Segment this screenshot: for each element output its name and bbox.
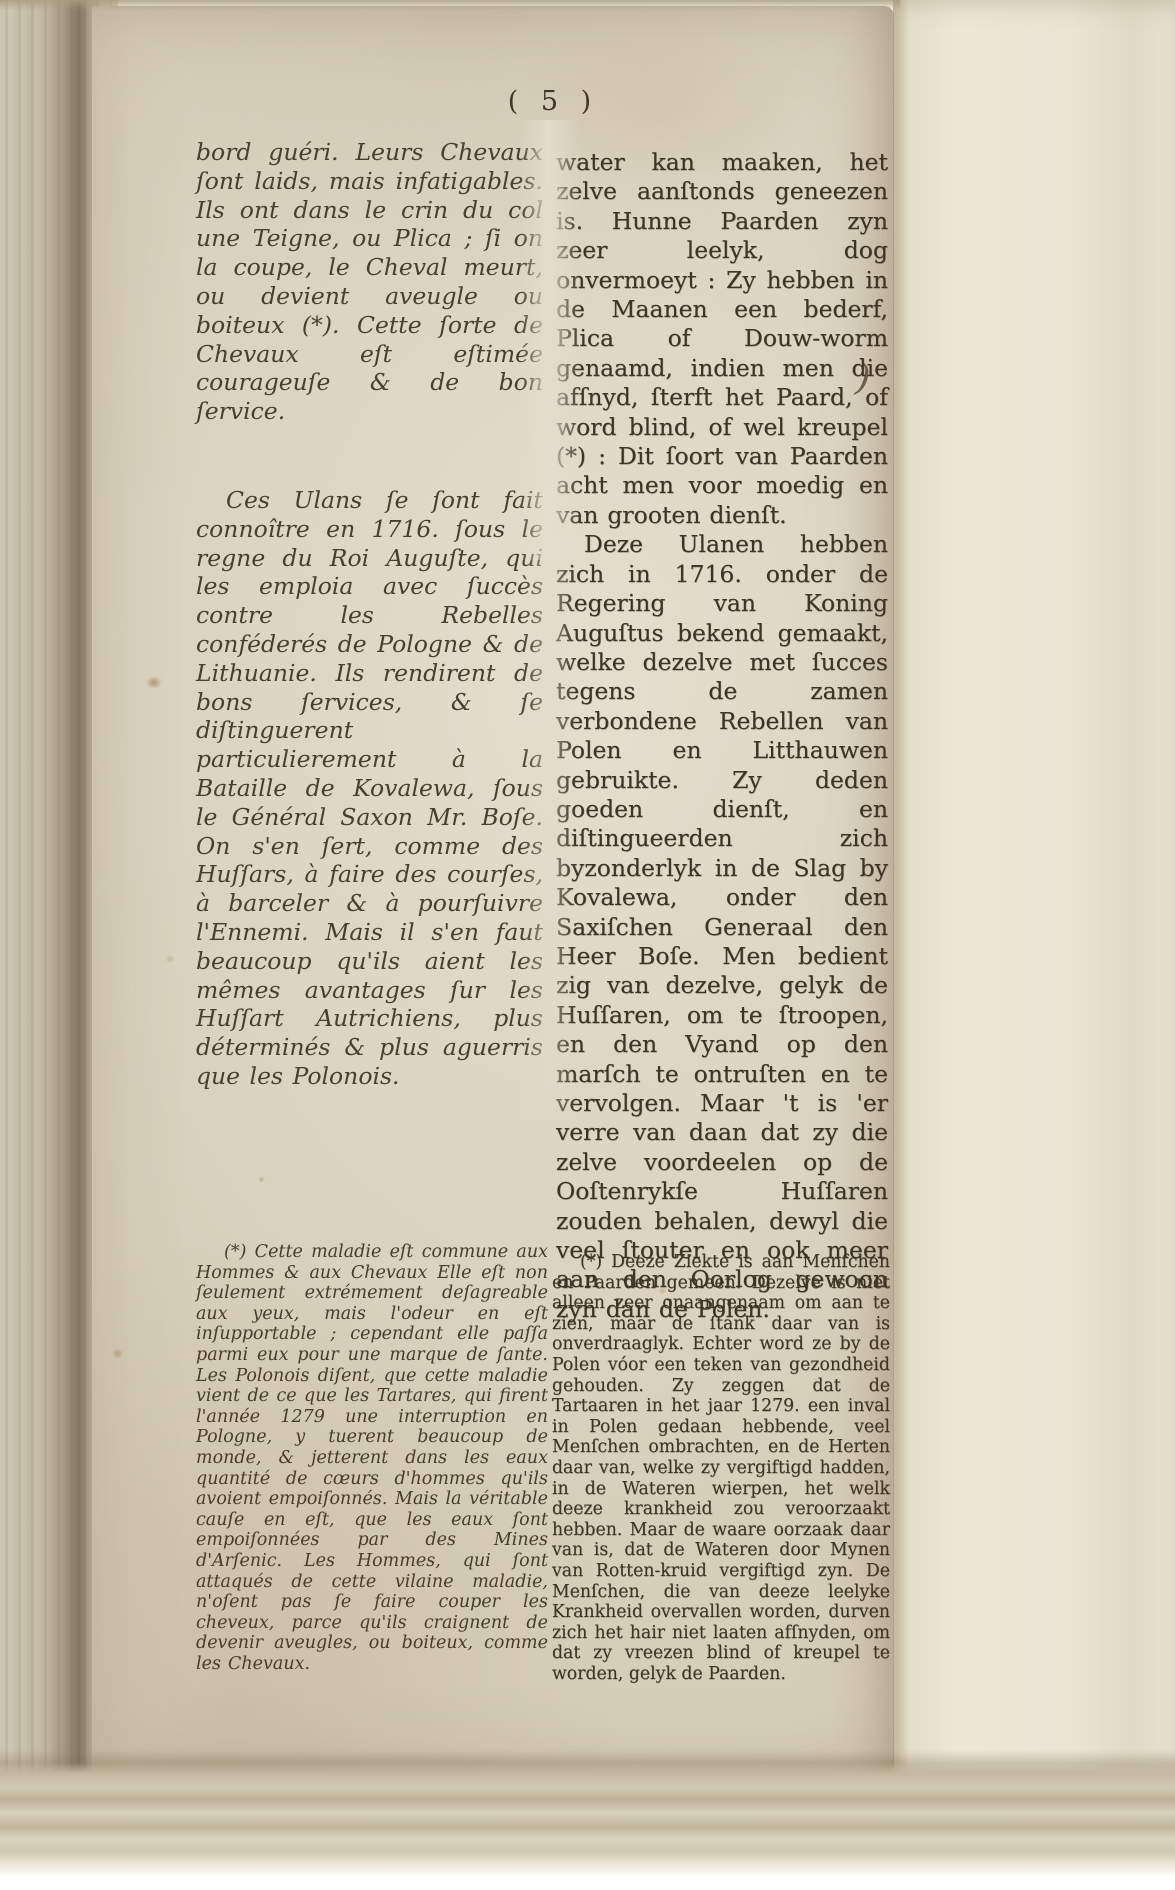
page-number: ( 5 ): [498, 86, 608, 117]
dutch-paragraph-2: Deze Ulanen hebben zich in 1716. onder d…: [556, 530, 888, 1324]
page-top-edge: [0, 0, 900, 10]
book-photo: ( 5 ) bord guéri. Leurs Chevaux ſont lai…: [0, 0, 1175, 1890]
fox-spot: [112, 1348, 123, 1359]
french-column: bord guéri. Leurs Chevaux ſont laids, ma…: [196, 138, 543, 1091]
dutch-paragraph-1: water kan maaken, het zelve aanſtonds ge…: [556, 148, 888, 530]
fox-spot: [258, 1176, 265, 1183]
fox-spot: [146, 676, 162, 689]
page-bottom-edges: [0, 1750, 1175, 1890]
french-paragraph-1: bord guéri. Leurs Chevaux ſont laids, ma…: [196, 138, 543, 426]
french-paragraph-2: Ces Ulans ſe ſont fait connoître en 1716…: [196, 486, 543, 1091]
facing-page-edge: [893, 0, 1175, 1890]
dutch-column: water kan maaken, het zelve aanſtonds ge…: [556, 148, 888, 1324]
french-footnote: (*) Cette maladie eſt commune aux Hommes…: [196, 1242, 548, 1674]
dutch-footnote: (*) Deeze Ziekte is aan Menſchen en Paar…: [552, 1252, 890, 1684]
fox-spot: [165, 955, 175, 963]
